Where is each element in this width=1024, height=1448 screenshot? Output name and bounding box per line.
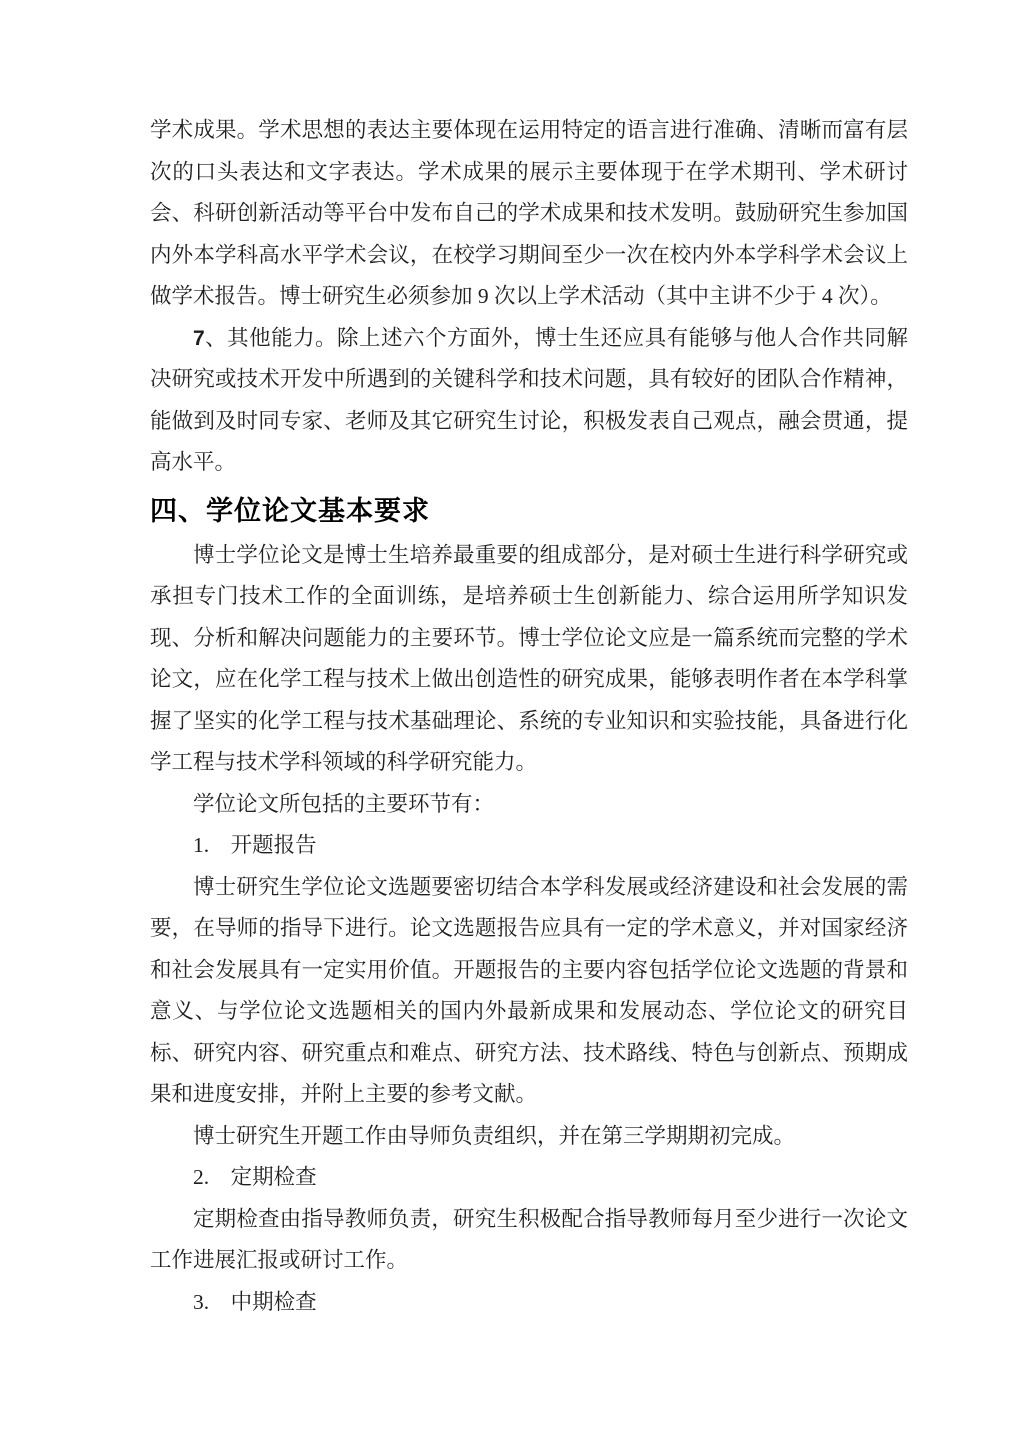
paragraph-proposal-report-details: 博士研究生学位论文选题要密切结合本学科发展或经济建设和社会发展的需要，在导师的指… [150, 867, 908, 1116]
list-item-2-regular-check: 2. 定期检查 [150, 1157, 908, 1199]
paragraph-regular-check-details: 定期检查由指导教师负责，研究生积极配合指导教师每月至少进行一次论文工作进展汇报或… [150, 1199, 908, 1282]
list-item-1-proposal-report: 1. 开题报告 [150, 825, 908, 867]
paragraph-proposal-organization: 博士研究生开题工作由导师负责组织，并在第三学期期初完成。 [150, 1116, 908, 1158]
page-content: 学术成果。学术思想的表达主要体现在运用特定的语言进行准确、清晰而富有层次的口头表… [0, 0, 1024, 1323]
item-number-7: 7 [193, 327, 205, 350]
paragraph-main-stages-intro: 学位论文所包括的主要环节有： [150, 784, 908, 826]
paragraph-dissertation-overview: 博士学位论文是博士生培养最重要的组成部分，是对硕士生进行科学研究或承担专门技术工… [150, 535, 908, 784]
paragraph-other-abilities-text: 、其他能力。除上述六个方面外，博士生还应具有能够与他人合作共同解决研究或技术开发… [150, 326, 908, 475]
paragraph-academic-achievements-continuation: 学术成果。学术思想的表达主要体现在运用特定的语言进行准确、清晰而富有层次的口头表… [150, 110, 908, 318]
list-item-3-midterm-check: 3. 中期检查 [150, 1282, 908, 1324]
document-page: 学术成果。学术思想的表达主要体现在运用特定的语言进行准确、清晰而富有层次的口头表… [0, 0, 1024, 1448]
paragraph-other-abilities: 7、其他能力。除上述六个方面外，博士生还应具有能够与他人合作共同解决研究或技术开… [150, 318, 908, 484]
section-heading-dissertation-requirements: 四、学位论文基本要求 [150, 491, 908, 531]
